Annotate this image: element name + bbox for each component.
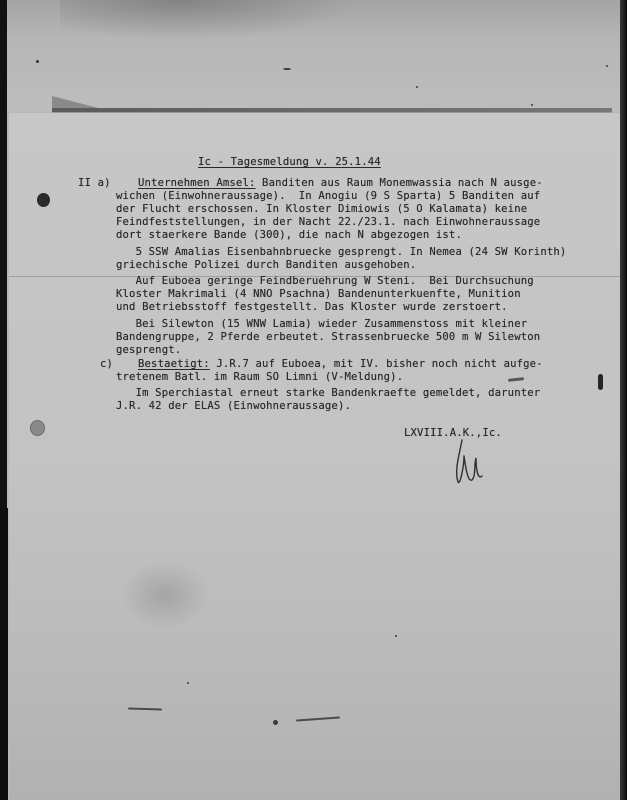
dust-speck xyxy=(416,86,418,88)
section-c-line: J.R.7 auf Euboea, mit IV. bisher noch ni… xyxy=(210,358,543,370)
section-a-first-line: Unternehmen Amsel: Banditen aus Raum Mon… xyxy=(138,177,543,190)
dust-speck xyxy=(283,68,291,70)
section-a-line: dort staerkere Bande (300), die nach N a… xyxy=(116,229,462,242)
dust-speck xyxy=(36,60,39,63)
dust-speck xyxy=(395,635,397,637)
smudge xyxy=(120,560,210,630)
section-a-line: und Betriebsstoff festgestellt. Das Klos… xyxy=(116,301,508,314)
section-a-line: der Flucht erschossen. In Kloster Dimiow… xyxy=(116,203,527,216)
section-a-line: Kloster Makrimali (4 NNO Psachna) Banden… xyxy=(116,288,521,301)
section-a-line: gesprengt. xyxy=(116,344,181,357)
punch-hole xyxy=(37,193,50,207)
handwritten-signature-icon xyxy=(450,436,490,486)
section-a-line: Feindfeststellungen, in der Nacht 22./23… xyxy=(116,216,540,229)
section-a-line: 5 SSW Amalias Eisenbahnbruecke gesprengt… xyxy=(116,246,566,259)
section-c-line: tretenem Batl. im Raum SO Limni (V-Meldu… xyxy=(116,371,403,384)
section-c-line: J.R. 42 der ELAS (Einwohneraussage). xyxy=(116,400,351,413)
section-a-line: Bandengruppe, 2 Pferde erbeutet. Strasse… xyxy=(116,331,540,344)
scan-right-border xyxy=(620,0,627,800)
section-a-heading: Unternehmen Amsel: xyxy=(138,177,256,189)
dust-speck xyxy=(187,682,189,684)
document-title: Ic - Tagesmeldung v. 25.1.44 xyxy=(198,156,381,169)
section-c-heading: Bestaetigt: xyxy=(138,358,210,370)
section-label: II a) xyxy=(78,177,111,190)
section-c-label: c) xyxy=(100,358,113,371)
dust-speck xyxy=(606,65,608,67)
scan-shadow xyxy=(60,0,360,40)
scan-left-border-lower xyxy=(0,508,8,800)
section-a-line: wichen (Einwohneraussage). In Anogiu (9 … xyxy=(116,190,540,203)
dust-speck xyxy=(531,104,533,106)
pen-mark xyxy=(598,374,603,390)
section-a-line: Bei Silewton (15 WNW Lamia) wieder Zusam… xyxy=(116,318,527,331)
section-a-line: Auf Euboea geringe Feindberuehrung W Ste… xyxy=(116,275,534,288)
dust-speck xyxy=(273,720,278,725)
scanned-document: Ic - Tagesmeldung v. 25.1.44 II a) Unter… xyxy=(0,0,627,800)
section-a-line: griechische Polizei durch Banditen ausge… xyxy=(116,259,416,272)
section-a-line: Banditen aus Raum Monemwassia nach N aus… xyxy=(256,177,543,189)
section-c-first-line: Bestaetigt: J.R.7 auf Euboea, mit IV. bi… xyxy=(138,358,543,371)
punch-hole xyxy=(30,420,45,436)
section-c-line: Im Sperchiastal erneut starke Bandenkrae… xyxy=(116,387,540,400)
